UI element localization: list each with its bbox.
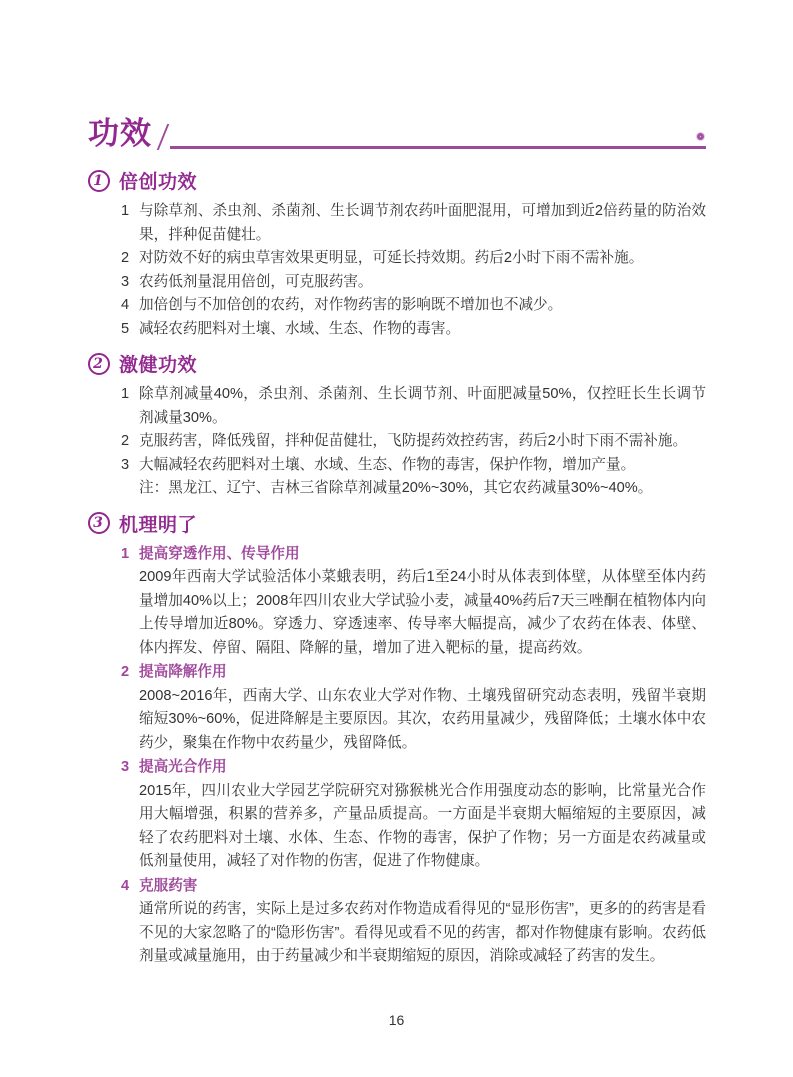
page-number: 16 xyxy=(0,1012,793,1028)
section-heading: 倍创功效 xyxy=(119,167,197,194)
item-number: 4 xyxy=(121,294,139,318)
list-item: 4 加倍创与不加倍创的农药，对作物药害的影响既不增加也不减少。 xyxy=(121,294,706,318)
section-heading: 激健功效 xyxy=(119,350,197,377)
item-text: 与除草剂、杀虫剂、杀菌剂、生长调节剂农药叶面肥混用，可增加到近2倍药量的防治效果… xyxy=(139,200,706,247)
subsection-body: 2008~2016年，西南大学、山东农业大学对作物、土壤残留研究动态表明，残留半… xyxy=(139,685,706,756)
subsection-heading: 4 克服药害 xyxy=(121,875,706,899)
item-number: 2 xyxy=(121,247,139,271)
subsection-heading: 3 提高光合作用 xyxy=(121,756,706,780)
subsection-heading: 1 提高穿透作用、传导作用 xyxy=(121,543,706,567)
subsection-title: 提高光合作用 xyxy=(139,756,227,780)
item-number: 3 xyxy=(121,271,139,295)
item-text: 对防效不好的病虫草害效果更明显，可延长持效期。药后2小时下雨不需补施。 xyxy=(139,247,706,271)
title-underline xyxy=(170,146,706,149)
page-content: 功效 1 倍创功效 1 与除草剂、杀虫剂、杀菌剂、生长调节剂农药叶面肥混用，可增… xyxy=(88,113,706,969)
list-item: 1 与除草剂、杀虫剂、杀菌剂、生长调节剂农药叶面肥混用，可增加到近2倍药量的防治… xyxy=(121,200,706,247)
subsection-title: 克服药害 xyxy=(139,875,197,899)
section-header: 1 倍创功效 xyxy=(88,167,706,194)
item-text: 加倍创与不加倍创的农药，对作物药害的影响既不增加也不减少。 xyxy=(139,294,706,318)
section-header: 2 激健功效 xyxy=(88,350,706,377)
slash-decoration xyxy=(157,124,170,150)
document-page: 功效 1 倍创功效 1 与除草剂、杀虫剂、杀菌剂、生长调节剂农药叶面肥混用，可增… xyxy=(0,0,793,1077)
section-note: 注：黑龙江、辽宁、吉林三省除草剂减量20%~30%，其它农药减量30%~40%。 xyxy=(139,477,706,501)
page-title: 功效 xyxy=(88,117,152,151)
page-header: 功效 xyxy=(88,113,706,151)
item-number: 3 xyxy=(121,454,139,478)
section-number-badge: 1 xyxy=(88,170,110,192)
subsection-body: 2009年西南大学试验活体小菜蛾表明，药后1至24小时从体表到体壁，从体壁至体内… xyxy=(139,566,706,660)
numbered-list: 1 与除草剂、杀虫剂、杀菌剂、生长调节剂农药叶面肥混用，可增加到近2倍药量的防治… xyxy=(121,200,706,341)
section-jijian-gongxiao: 2 激健功效 1 除草剂减量40%，杀虫剂、杀菌剂、生长调节剂、叶面肥减量50%… xyxy=(88,350,706,501)
subsection-number: 2 xyxy=(121,661,139,685)
item-text: 克服药害，降低残留，拌种促苗健壮，飞防提药效控药害，药后2小时下雨不需补施。 xyxy=(139,430,706,454)
list-item: 5 减轻农药肥料对土壤、水域、生态、作物的毒害。 xyxy=(121,318,706,342)
subsection-number: 4 xyxy=(121,875,139,899)
subsection-body: 2015年，四川农业大学园艺学院研究对猕猴桃光合作用强度动态的影响，比常量光合作… xyxy=(139,780,706,874)
subsection-degradation: 2 提高降解作用 2008~2016年，西南大学、山东农业大学对作物、土壤残留研… xyxy=(121,661,706,755)
subsection-title: 提高穿透作用、传导作用 xyxy=(139,543,300,567)
item-number: 2 xyxy=(121,430,139,454)
item-number: 1 xyxy=(121,200,139,247)
item-text: 减轻农药肥料对土壤、水域、生态、作物的毒害。 xyxy=(139,318,706,342)
subsection-number: 1 xyxy=(121,543,139,567)
section-beichuang-gongxiao: 1 倍创功效 1 与除草剂、杀虫剂、杀菌剂、生长调节剂农药叶面肥混用，可增加到近… xyxy=(88,167,706,341)
subsection-photosynthesis: 3 提高光合作用 2015年，四川农业大学园艺学院研究对猕猴桃光合作用强度动态的… xyxy=(121,756,706,874)
subsection-number: 3 xyxy=(121,756,139,780)
section-number-badge: 3 xyxy=(88,512,110,534)
list-item: 1 除草剂减量40%，杀虫剂、杀菌剂、生长调节剂、叶面肥减量50%，仅控旺长生长… xyxy=(121,383,706,430)
subsection-body: 通常所说的药害，实际上是过多农药对作物造成看得见的“显形伤害”，更多的的药害是看… xyxy=(139,898,706,969)
subsection-heading: 2 提高降解作用 xyxy=(121,661,706,685)
subsection-title: 提高降解作用 xyxy=(139,661,227,685)
section-number-badge: 2 xyxy=(88,353,110,375)
item-text: 农药低剂量混用倍创，可克服药害。 xyxy=(139,271,706,295)
subsection-penetration: 1 提高穿透作用、传导作用 2009年西南大学试验活体小菜蛾表明，药后1至24小… xyxy=(121,543,706,661)
list-item: 3 农药低剂量混用倍创，可克服药害。 xyxy=(121,271,706,295)
list-item: 2 对防效不好的病虫草害效果更明显，可延长持效期。药后2小时下雨不需补施。 xyxy=(121,247,706,271)
numbered-list: 1 除草剂减量40%，杀虫剂、杀菌剂、生长调节剂、叶面肥减量50%，仅控旺长生长… xyxy=(121,383,706,477)
subsection-overcome-phytotoxicity: 4 克服药害 通常所说的药害，实际上是过多农药对作物造成看得见的“显形伤害”，更… xyxy=(121,875,706,969)
item-number: 5 xyxy=(121,318,139,342)
section-jili-mingle: 3 机理明了 1 提高穿透作用、传导作用 2009年西南大学试验活体小菜蛾表明，… xyxy=(88,510,706,969)
list-item: 2 克服药害，降低残留，拌种促苗健壮，飞防提药效控药害，药后2小时下雨不需补施。 xyxy=(121,430,706,454)
section-header: 3 机理明了 xyxy=(88,510,706,537)
section-heading: 机理明了 xyxy=(119,510,197,537)
item-number: 1 xyxy=(121,383,139,430)
item-text: 除草剂减量40%，杀虫剂、杀菌剂、生长调节剂、叶面肥减量50%，仅控旺长生长调节… xyxy=(139,383,706,430)
item-text: 大幅减轻农药肥料对土壤、水域、生态、作物的毒害，保护作物，增加产量。 xyxy=(139,454,706,478)
ring-icon xyxy=(697,133,704,140)
list-item: 3 大幅减轻农药肥料对土壤、水域、生态、作物的毒害，保护作物，增加产量。 xyxy=(121,454,706,478)
